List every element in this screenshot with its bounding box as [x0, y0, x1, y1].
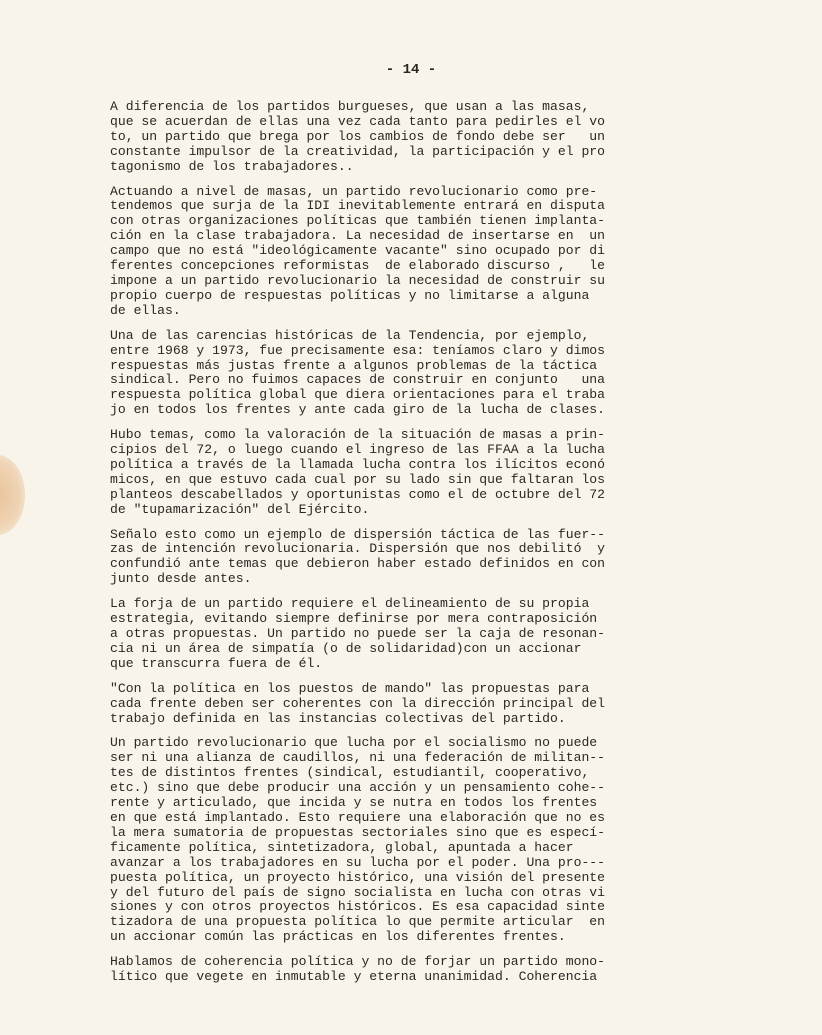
paragraph-3: Una de las carencias históricas de la Te… — [110, 329, 710, 418]
text-line: confundió ante temas que debieron haber … — [110, 557, 710, 572]
paragraph-7: "Con la política en los puestos de mando… — [110, 682, 710, 727]
text-line: avanzar a los trabajadores en su lucha p… — [110, 856, 710, 871]
text-line: tizadora de una propuesta política lo qu… — [110, 915, 710, 930]
text-line: siones y con otros proyectos históricos.… — [110, 900, 710, 915]
text-line: cia ni un área de simpatía (o de solidar… — [110, 642, 710, 657]
text-line: ficamente política, sintetizadora, globa… — [110, 841, 710, 856]
text-line: rente y articulado, que incida y se nutr… — [110, 796, 710, 811]
text-line: lítico que vegete en inmutable y eterna … — [110, 970, 710, 985]
paragraph-4: Hubo temas, como la valoración de la sit… — [110, 428, 710, 517]
text-line: en que está implantado. Esto requiere un… — [110, 811, 710, 826]
text-line: jo en todos los frentes y ante cada giro… — [110, 403, 710, 418]
text-line: zas de intención revolucionaria. Dispers… — [110, 542, 710, 557]
text-line: junto desde antes. — [110, 572, 710, 587]
page-number: - 14 - — [0, 62, 822, 78]
text-line: Un partido revolucionario que lucha por … — [110, 736, 710, 751]
text-line: campo que no está "ideológicamente vacan… — [110, 244, 710, 259]
text-line: La forja de un partido requiere el delin… — [110, 597, 710, 612]
paragraph-1: A diferencia de los partidos burgueses, … — [110, 100, 710, 175]
text-line: sindical. Pero no fuimos capaces de cons… — [110, 373, 710, 388]
text-line: propio cuerpo de respuestas políticas y … — [110, 289, 710, 304]
paragraph-5: Señalo esto como un ejemplo de dispersió… — [110, 528, 710, 588]
paper-stain — [0, 455, 25, 535]
paragraph-8: Un partido revolucionario que lucha por … — [110, 736, 710, 945]
text-line: la mera sumatoria de propuestas sectoria… — [110, 826, 710, 841]
text-line: cipios del 72, o luego cuando el ingreso… — [110, 443, 710, 458]
text-line: ción en la clase trabajadora. La necesid… — [110, 229, 710, 244]
text-line: política a través de la llamada lucha co… — [110, 458, 710, 473]
text-line: cada frente deben ser coherentes con la … — [110, 697, 710, 712]
text-line: un accionar común las prácticas en los d… — [110, 930, 710, 945]
text-line: ferentes concepciones reformistas de ela… — [110, 259, 710, 274]
paragraph-2: Actuando a nivel de masas, un partido re… — [110, 185, 710, 319]
text-line: tagonismo de los trabajadores.. — [110, 160, 710, 175]
text-line: tes de distintos frentes (sindical, estu… — [110, 766, 710, 781]
document-body: A diferencia de los partidos burgueses, … — [110, 100, 710, 995]
text-line: impone a un partido revolucionario la ne… — [110, 274, 710, 289]
text-line: respuestas más justas frente a algunos p… — [110, 359, 710, 374]
text-line: puesta política, un proyecto histórico, … — [110, 871, 710, 886]
text-line: y del futuro del país de signo socialist… — [110, 886, 710, 901]
text-line: planteos descabellados y oportunistas co… — [110, 488, 710, 503]
text-line: a otras propuestas. Un partido no puede … — [110, 627, 710, 642]
text-line: que transcurra fuera de él. — [110, 657, 710, 672]
text-line: Hubo temas, como la valoración de la sit… — [110, 428, 710, 443]
text-line: de ellas. — [110, 304, 710, 319]
text-line: Señalo esto como un ejemplo de dispersió… — [110, 528, 710, 543]
paragraph-9: Hablamos de coherencia política y no de … — [110, 955, 710, 985]
text-line: ser ni una alianza de caudillos, ni una … — [110, 751, 710, 766]
text-line: micos, en que estuvo cada cual por su la… — [110, 473, 710, 488]
text-line: Hablamos de coherencia política y no de … — [110, 955, 710, 970]
text-line: con otras organizaciones políticas que t… — [110, 214, 710, 229]
text-line: Actuando a nivel de masas, un partido re… — [110, 185, 710, 200]
text-line: tendemos que surja de la IDI inevitablem… — [110, 199, 710, 214]
text-line: to, un partido que brega por los cambios… — [110, 130, 710, 145]
text-line: respuesta política global que diera orie… — [110, 388, 710, 403]
text-line: constante impulsor de la creatividad, la… — [110, 145, 710, 160]
text-line: de "tupamarización" del Ejército. — [110, 503, 710, 518]
text-line: etc.) sino que debe producir una acción … — [110, 781, 710, 796]
text-line: entre 1968 y 1973, fue precisamente esa:… — [110, 344, 710, 359]
text-line: Una de las carencias históricas de la Te… — [110, 329, 710, 344]
text-line: "Con la política en los puestos de mando… — [110, 682, 710, 697]
text-line: A diferencia de los partidos burgueses, … — [110, 100, 710, 115]
text-line: trabajo definida en las instancias colec… — [110, 712, 710, 727]
paragraph-6: La forja de un partido requiere el delin… — [110, 597, 710, 672]
text-line: que se acuerdan de ellas una vez cada ta… — [110, 115, 710, 130]
text-line: estrategia, evitando siempre definirse p… — [110, 612, 710, 627]
